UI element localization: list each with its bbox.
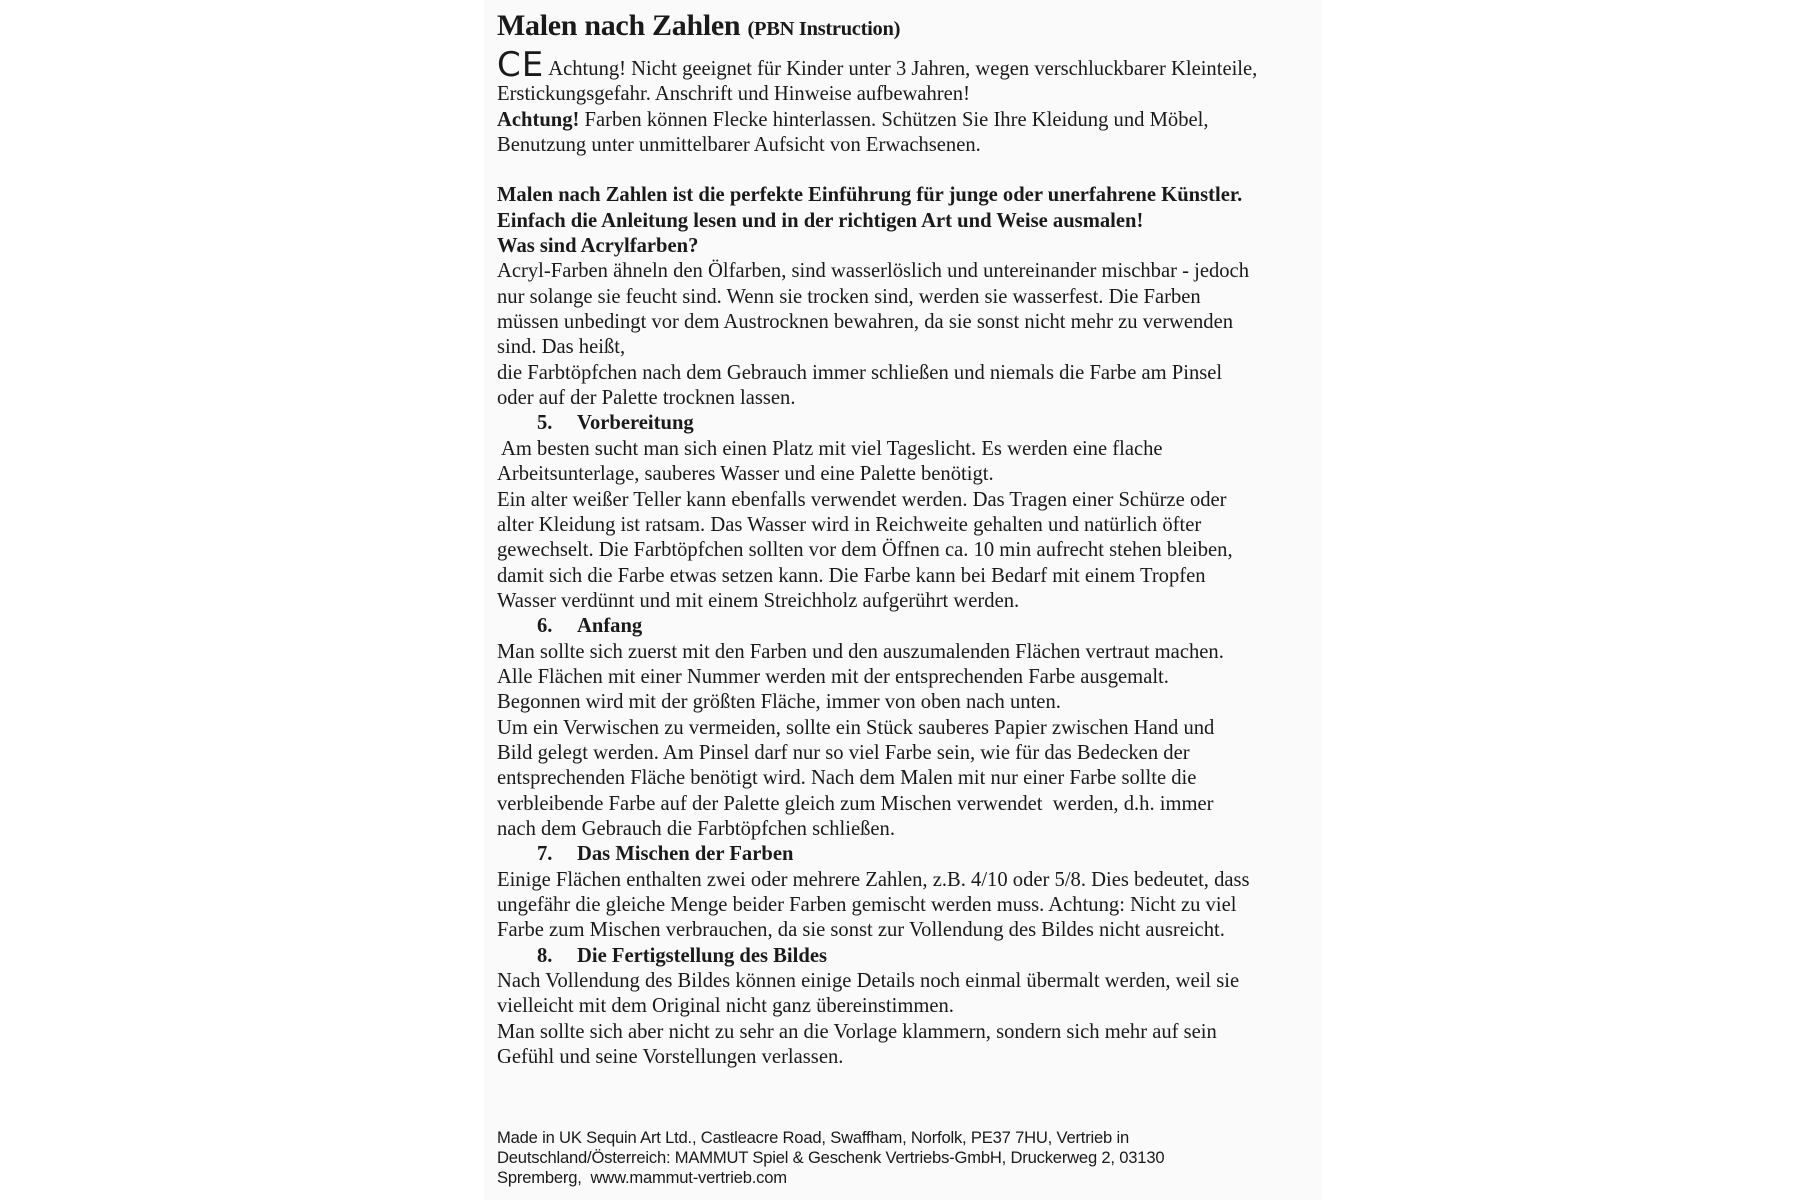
acryl-heading: Was sind Acrylfarben? [497, 234, 1317, 259]
page-title: Malen nach Zahlen (PBN Instruction) [497, 6, 1317, 49]
section-heading-anfang: 6.Anfang [497, 614, 1317, 639]
acryl-line: Acryl-Farben ähneln den Ölfarben, sind w… [497, 259, 1317, 284]
footer-line: Made in UK Sequin Art Ltd., Castleacre R… [497, 1128, 1317, 1148]
section-title: Die Fertigstellung des Bildes [577, 945, 827, 967]
intro-line: Einfach die Anleitung lesen und in der r… [497, 209, 1317, 234]
section-line: gewechselt. Die Farbtöpfchen sollten vor… [497, 538, 1317, 563]
section-line: Um ein Verwischen zu vermeiden, sollte e… [497, 716, 1317, 741]
acryl-line: sind. Das heißt, [497, 335, 1317, 360]
acryl-line: müssen unbedingt vor dem Austrocknen bew… [497, 310, 1317, 335]
section-title: Vorbereitung [577, 412, 694, 434]
safety-warning-line: Erstickungsgefahr. Anschrift und Hinweis… [497, 82, 1317, 107]
section-line: ungefähr die gleiche Menge beider Farben… [497, 893, 1317, 918]
acryl-line: die Farbtöpfchen nach dem Gebrauch immer… [497, 361, 1317, 386]
section-number: 5. [537, 411, 577, 436]
warning-text: Farben können Flecke hinterlassen. Schüt… [579, 109, 1208, 131]
section-line: alter Kleidung ist ratsam. Das Wasser wi… [497, 513, 1317, 538]
section-line: Nach Vollendung des Bildes können einige… [497, 969, 1317, 994]
section-number: 6. [537, 614, 577, 639]
section-line: vielleicht mit dem Original nicht ganz ü… [497, 994, 1317, 1019]
section-line: nach dem Gebrauch die Farbtöpfchen schli… [497, 817, 1317, 842]
stain-warning-line: Benutzung unter unmittelbarer Aufsicht v… [497, 133, 1317, 158]
section-line: Man sollte sich zuerst mit den Farben un… [497, 640, 1317, 665]
intro-line: Malen nach Zahlen ist die perfekte Einfü… [497, 183, 1317, 208]
section-line: Gefühl und seine Vorstellungen verlassen… [497, 1045, 1317, 1070]
title-subtitle: (PBN Instruction) [747, 18, 900, 40]
section-line: Wasser verdünnt und mit einem Streichhol… [497, 589, 1317, 614]
warning-text: Achtung! Nicht geeignet für Kinder unter… [548, 58, 1257, 80]
title-text: Malen nach Zahlen [497, 9, 740, 42]
manufacturer-footer: Made in UK Sequin Art Ltd., Castleacre R… [497, 1128, 1317, 1189]
section-title: Anfang [577, 615, 642, 637]
section-line: Farbe zum Mischen verbrauchen, da sie so… [497, 918, 1317, 943]
section-heading-vorbereitung: 5.Vorbereitung [497, 411, 1317, 436]
section-heading-mischen: 7.Das Mischen der Farben [497, 842, 1317, 867]
section-line: Einige Flächen enthalten zwei oder mehre… [497, 868, 1317, 893]
stain-warning-line: Achtung! Farben können Flecke hinterlass… [497, 108, 1317, 133]
safety-warning-line: CE Achtung! Nicht geeignet für Kinder un… [497, 55, 1317, 82]
section-heading-fertigstellung: 8.Die Fertigstellung des Bildes [497, 944, 1317, 969]
section-line: Bild gelegt werden. Am Pinsel darf nur s… [497, 741, 1317, 766]
warning-label: Achtung! [497, 109, 579, 131]
section-line: damit sich die Farbe etwas setzen kann. … [497, 564, 1317, 589]
section-line: Man sollte sich aber nicht zu sehr an di… [497, 1020, 1317, 1045]
acryl-line: oder auf der Palette trocknen lassen. [497, 386, 1317, 411]
section-line: Begonnen wird mit der größten Fläche, im… [497, 690, 1317, 715]
section-title: Das Mischen der Farben [577, 843, 793, 865]
document-body: Malen nach Zahlen (PBN Instruction) CE A… [497, 6, 1317, 1070]
ce-mark-icon: CE [497, 45, 544, 85]
section-number: 8. [537, 944, 577, 969]
section-line: Ein alter weißer Teller kann ebenfalls v… [497, 488, 1317, 513]
section-line: Arbeitsunterlage, sauberes Wasser und ei… [497, 462, 1317, 487]
section-line: Alle Flächen mit einer Nummer werden mit… [497, 665, 1317, 690]
footer-line: Deutschland/Österreich: MAMMUT Spiel & G… [497, 1148, 1317, 1168]
spacer [497, 158, 1317, 183]
footer-line: Spremberg, www.mammut-vertrieb.com [497, 1168, 1317, 1188]
section-number: 7. [537, 842, 577, 867]
section-line: entsprechenden Fläche benötigt wird. Nac… [497, 766, 1317, 791]
section-line: Am besten sucht man sich einen Platz mit… [497, 437, 1317, 462]
section-line: verbleibende Farbe auf der Palette gleic… [497, 792, 1317, 817]
acryl-line: nur solange sie feucht sind. Wenn sie tr… [497, 285, 1317, 310]
